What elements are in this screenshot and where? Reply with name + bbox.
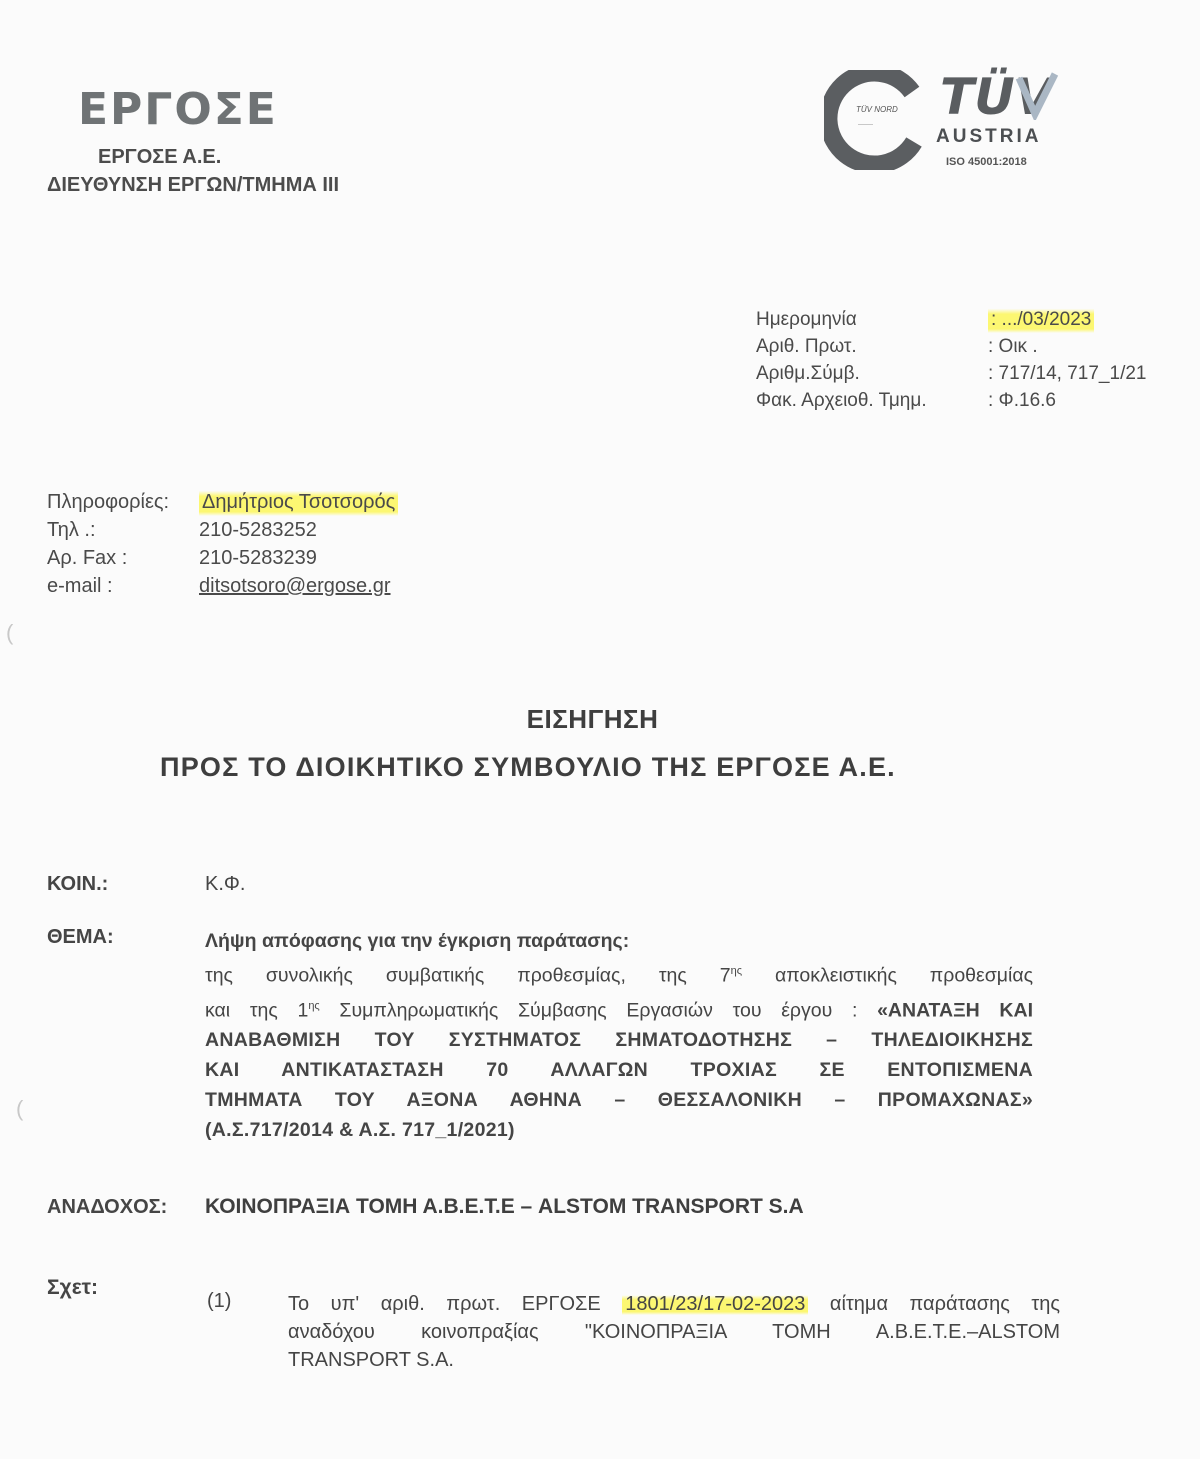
meta-value-file: : Φ.16.6	[988, 387, 1056, 414]
meta-label: Αριθ. Πρωτ.	[756, 333, 988, 360]
tuv-country: AUSTRIA	[936, 126, 1041, 148]
ergose-logo: ΕΡΓΟΣΕ	[78, 84, 278, 135]
meta-value-contract: : 717/14, 717_1/21	[988, 360, 1146, 387]
contact-info: Πληροφορίες: Δημήτριος Τσοτσορός Τηλ .: …	[47, 488, 398, 600]
contact-label: Πληροφορίες:	[47, 488, 199, 516]
meta-label: Ημερομηνία	[756, 306, 988, 333]
contact-label: Αρ. Fax :	[47, 544, 199, 572]
contact-person: Δημήτριος Τσοτσορός	[199, 488, 398, 516]
meta-value-protocol: : Οικ .	[988, 333, 1038, 360]
svg-text:———: ———	[858, 122, 873, 128]
document-title: ΕΙΣΗΓΗΣΗ	[0, 704, 1185, 735]
meta-label: Αριθμ.Σύμβ.	[756, 360, 988, 387]
scan-mark: (	[16, 1096, 23, 1122]
meta-row-file: Φακ. Αρχειοθ. Τμημ. : Φ.16.6	[756, 387, 1146, 414]
contact-row-fax: Αρ. Fax : 210-5283239	[47, 544, 398, 572]
reference-item: Το υπ' αριθ. πρωτ. ΕΡΓΟΣΕ 1801/23/17-02-…	[288, 1290, 1060, 1374]
subject-line: της συνολικής συμβατικής προθεσμίας, της…	[205, 956, 1033, 991]
contact-phone: 210-5283252	[199, 516, 317, 544]
meta-label: Φακ. Αρχειοθ. Τμημ.	[756, 387, 988, 414]
meta-value-date: : .../03/2023	[988, 306, 1094, 333]
reference-number: (1)	[207, 1290, 231, 1313]
contact-row-email: e-mail : ditsotsoro@ergose.gr	[47, 572, 398, 600]
contact-label: e-mail :	[47, 572, 199, 600]
contact-fax: 210-5283239	[199, 544, 317, 572]
document-meta: Ημερομηνία : .../03/2023 Αριθ. Πρωτ. : Ο…	[756, 306, 1146, 414]
reference-line: TRANSPORT S.A.	[288, 1346, 1060, 1374]
scan-mark: (	[6, 620, 13, 646]
meta-row-contract: Αριθμ.Σύμβ. : 717/14, 717_1/21	[756, 360, 1146, 387]
reference-line: αναδόχου κοινοπραξίας "ΚΟΙΝΟΠΡΑΞΙΑ ΤΟΜΗ …	[288, 1318, 1060, 1346]
subject-line: ΤΜΗΜΑΤΑ ΤΟΥ ΑΞΟΝΑ ΑΘΗΝΑ – ΘΕΣΣΑΛΟΝΙΚΗ – …	[205, 1085, 1033, 1115]
koin-value: Κ.Φ.	[205, 873, 245, 896]
company-name: ΕΡΓΟΣΕ Α.Ε.	[98, 146, 221, 169]
contractor-value: ΚΟΙΝΟΠΡΑΞΙΑ ΤΟΜΗ Α.Β.Ε.Τ.Ε – ALSTOM TRAN…	[205, 1195, 804, 1219]
subject-line: ΚΑΙ ΑΝΤΙΚΑΤΑΣΤΑΣΗ 70 ΑΛΛΑΓΩΝ ΤΡΟΧΙΑΣ ΣΕ …	[205, 1055, 1033, 1085]
contact-row-phone: Τηλ .: 210-5283252	[47, 516, 398, 544]
contractor-label: ΑΝΑΔΟΧΟΣ:	[47, 1196, 167, 1219]
checkmark-icon	[1015, 70, 1059, 120]
subject-line: ΑΝΑΒΑΘΜΙΣΗ ΤΟΥ ΣΥΣΤΗΜΑΤΟΣ ΣΗΜΑΤΟΔΟΤΗΣΗΣ …	[205, 1025, 1033, 1055]
department-name: ΔΙΕΥΘΥΝΣΗ ΕΡΓΩΝ/ΤΜΗΜΑ III	[47, 174, 339, 197]
certification-seal-icon: TÜV NORD ———	[824, 70, 924, 170]
meta-row-date: Ημερομηνία : .../03/2023	[756, 306, 1146, 333]
subject-lead: Λήψη απόφασης για την έγκριση παράτασης:	[205, 926, 1033, 956]
subject-line: (Α.Σ.717/2014 & Α.Σ. 717_1/2021)	[205, 1115, 1033, 1145]
iso-standard: ISO 45001:2018	[946, 156, 1027, 168]
references-label: Σχετ:	[47, 1276, 98, 1300]
subject-label: ΘΕΜΑ:	[47, 926, 114, 949]
reference-line: Το υπ' αριθ. πρωτ. ΕΡΓΟΣΕ 1801/23/17-02-…	[288, 1290, 1060, 1318]
koin-label: ΚΟΙΝ.:	[47, 873, 108, 896]
meta-row-protocol: Αριθ. Πρωτ. : Οικ .	[756, 333, 1146, 360]
contact-email-link[interactable]: ditsotsoro@ergose.gr	[199, 572, 391, 600]
document-subtitle: ΠΡΟΣ ΤΟ ΔΙΟΙΚΗΤΙΚΟ ΣΥΜΒΟΥΛΙΟ ΤΗΣ ΕΡΓΟΣΕ …	[160, 752, 896, 783]
subject-body: Λήψη απόφασης για την έγκριση παράτασης:…	[205, 926, 1033, 1145]
contact-label: Τηλ .:	[47, 516, 199, 544]
reference-protocol-highlight: 1801/23/17-02-2023	[622, 1293, 808, 1315]
contact-row-info: Πληροφορίες: Δημήτριος Τσοτσορός	[47, 488, 398, 516]
subject-line: και της 1ης Συμπληρωματικής Σύμβασης Εργ…	[205, 991, 1033, 1026]
svg-text:TÜV NORD: TÜV NORD	[856, 105, 898, 114]
